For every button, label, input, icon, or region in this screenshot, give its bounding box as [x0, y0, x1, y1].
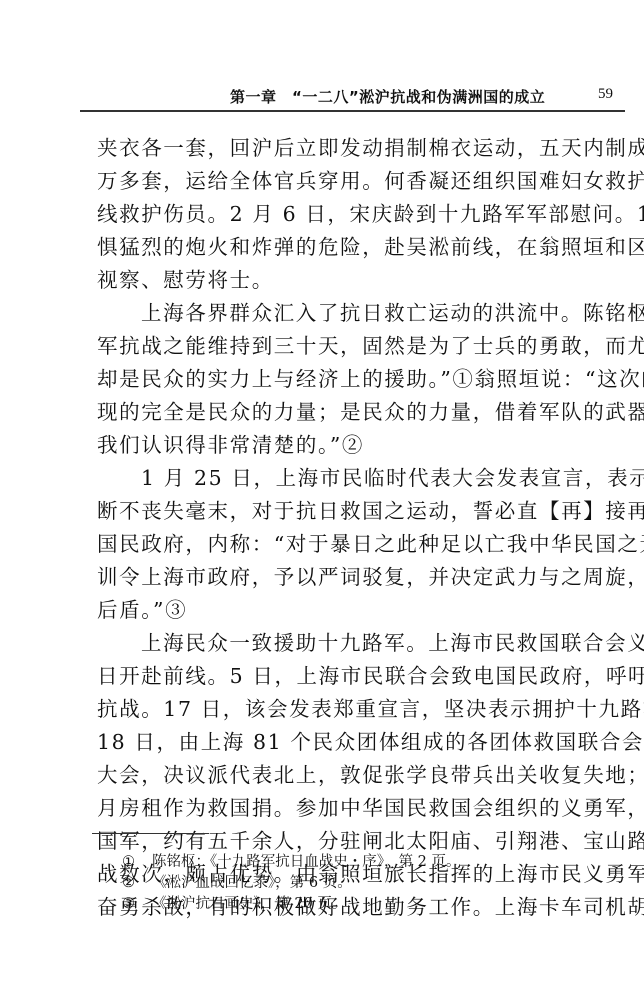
- text-line: 军抗战之能维持到三十天，固然是为了士兵的勇敢，而尤其重要的原因: [97, 331, 617, 364]
- chapter-title: 第一章 “一二八”淞沪抗战和伪满洲国的成立: [230, 86, 545, 107]
- text-line: 大会，决议派代表北上，敦促张学良带兵出关收复失地；募集上海一个: [97, 760, 617, 793]
- footnote-text: 陈铭枢：《十九路军抗日血战史・序》，第 2 页。: [152, 854, 460, 870]
- running-header: 第一章 “一二八”淞沪抗战和伪满洲国的成立 59: [80, 84, 625, 112]
- footnote-text: 《淞沪抗日画史》，第 20 页。: [152, 896, 346, 912]
- text-line: 1 月 25 日，上海市民临时代表大会发表宣言，表示：“我上海市民，: [97, 463, 617, 496]
- body-text: 夹衣各一套，回沪后立即发动捐制棉衣运动，五天内制成全新棉衣裤三 万多套，运给全体…: [97, 133, 617, 925]
- footnote: ②《淞沪血战回忆录》，第 6 页。: [122, 873, 460, 894]
- text-line: 却是民众的实力上与经济上的援助。”①翁照垣说：“这次的抗战，所表: [97, 364, 617, 397]
- text-line: 断不丧失毫末，对于抗日救国之运动，誓必直【再】接再励。”并致电南京: [97, 496, 617, 529]
- text-line: 现的完全是民众的力量；是民众的力量，借着军队的武器去表现，这是: [97, 397, 617, 430]
- footnote-divider: [92, 833, 209, 834]
- footnotes: ①陈铭枢：《十九路军抗日血战史・序》，第 2 页。 ②《淞沪血战回忆录》，第 6…: [122, 852, 460, 915]
- text-line: 抗战。17 日，该会发表郑重宣言，坚决表示拥护十九路军抗日到底。: [97, 694, 617, 727]
- text-line: 日开赴前线。5 日，上海市民联合会致电国民政府，呼吁支援上海军民: [97, 661, 617, 694]
- page-number: 59: [598, 86, 613, 103]
- text-line: 后盾。”③: [97, 595, 617, 628]
- footnote: ③《淞沪抗日画史》，第 20 页。: [122, 894, 460, 915]
- text-line: 上海民众一致援助十九路军。上海市民救国联合会义勇军 2 月 2: [97, 628, 617, 661]
- footnote-mark: ②: [122, 873, 152, 894]
- text-line: 万多套，运给全体官兵穿用。何香凝还组织国难妇女救护训练班赴前: [97, 166, 617, 199]
- footnote: ①陈铭枢：《十九路军抗日血战史・序》，第 2 页。: [122, 852, 460, 873]
- text-line: 国民政府，内称：“对于暴日之此种足以亡我中华民国之无理要求，迅行: [97, 529, 617, 562]
- text-line: 视察、慰劳将士。: [97, 265, 617, 298]
- text-line: 线救护伤员。2 月 6 日，宋庆龄到十九路军军部慰问。12 日，宋庆龄不: [97, 199, 617, 232]
- text-line: 夹衣各一套，回沪后立即发动捐制棉衣运动，五天内制成全新棉衣裤三: [97, 133, 617, 166]
- text-line: 惧猛烈的炮火和炸弹的危险，赴吴淞前线，在翁照垣和区寿年的陪同下: [97, 232, 617, 265]
- text-line: 我们认识得非常清楚的。”②: [97, 430, 617, 463]
- footnote-mark: ①: [122, 852, 152, 873]
- footnote-text: 《淞沪血战回忆录》，第 6 页。: [152, 875, 352, 891]
- text-line: 上海各界群众汇入了抗日救亡运动的洪流中。陈铭枢说：“上海孤: [97, 298, 617, 331]
- text-line: 18 日，由上海 81 个民众团体组成的各团体救国联合会召集全体理事: [97, 727, 617, 760]
- text-line: 月房租作为救国捐。参加中华国民救国会组织的义勇军，称为国民救: [97, 793, 617, 826]
- footnote-mark: ③: [122, 894, 152, 915]
- text-line: 训令上海市政府，予以严词驳复，并决定武力与之周旋，全沪市民甘为: [97, 562, 617, 595]
